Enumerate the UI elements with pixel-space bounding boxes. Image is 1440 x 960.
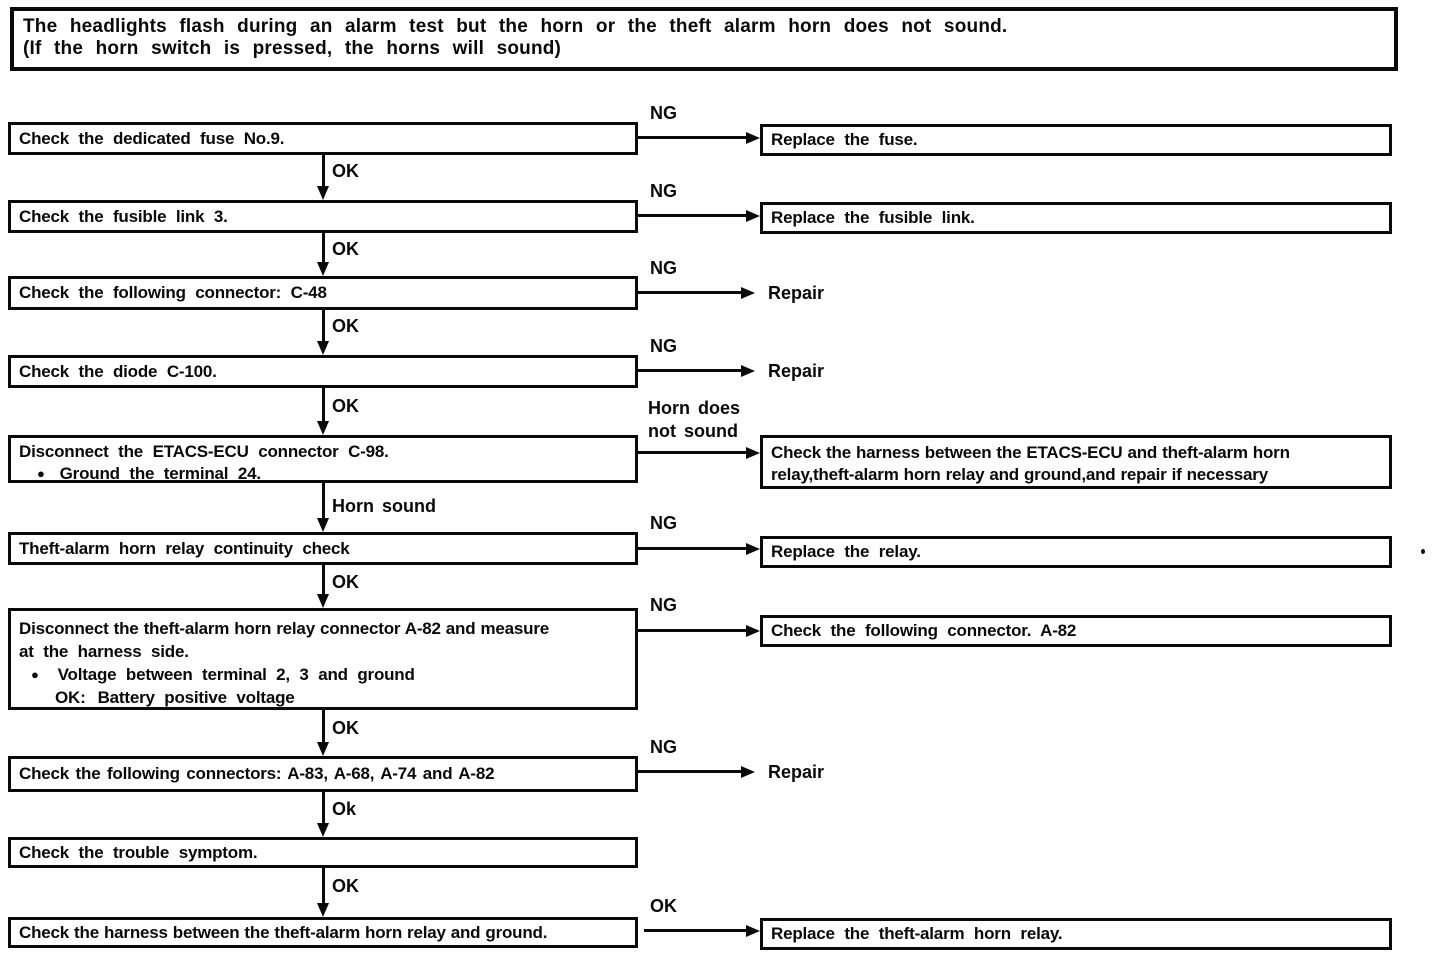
problem-line-2: (If the horn switch is pressed, the horn… [23, 38, 1385, 60]
down-arrow-icon [317, 421, 329, 435]
branch-line [638, 136, 748, 139]
problem-line-1: The headlights flash during an alarm tes… [23, 16, 1385, 38]
ng-label: NG [650, 258, 677, 279]
flow-line [322, 387, 325, 422]
branch-line [638, 547, 748, 550]
result-text-line1: Check the harness between the ETACS-ECU … [771, 442, 1381, 464]
step-box-check-connector-c48: Check the following connector: C-48 [8, 276, 638, 310]
result-text: Replace the fusible link. [771, 208, 975, 228]
branch-line [638, 369, 742, 372]
step-text: Theft-alarm horn relay continuity check [19, 539, 350, 559]
down-arrow-icon [317, 518, 329, 532]
ok-label: OK [332, 239, 359, 260]
bullet-text: Ground the terminal 24. [60, 464, 261, 483]
ok-value: Battery positive voltage [98, 688, 295, 707]
step-box-check-fusible-link: Check the fusible link 3. [8, 200, 638, 233]
down-arrow-icon [317, 186, 329, 200]
right-arrow-icon [741, 287, 755, 299]
ok-branch-label: OK [650, 896, 677, 917]
step-text-line1: Disconnect the theft-alarm horn relay co… [19, 617, 627, 640]
step-box-relay-continuity: Theft-alarm horn relay continuity check [8, 532, 638, 565]
result-text: Replace the fuse. [771, 130, 917, 150]
bullet-icon: ● [31, 663, 39, 686]
step-text: Check the diode C-100. [19, 362, 217, 382]
troubleshooting-flowchart: The headlights flash during an alarm tes… [0, 0, 1440, 960]
branch-line [644, 929, 748, 932]
result-text: Replace the theft-alarm horn relay. [771, 924, 1062, 944]
branch-line [638, 214, 748, 217]
right-arrow-icon [741, 365, 755, 377]
step-text: Disconnect the ETACS-ECU connector C-98. [19, 441, 627, 463]
step-box-check-fuse: Check the dedicated fuse No.9. [8, 122, 638, 155]
step-box-check-harness-ground: Check the harness between the theft-alar… [8, 917, 638, 948]
right-arrow-icon [746, 447, 760, 459]
result-text: Check the following connector. A-82 [771, 621, 1076, 641]
step-text: Check the trouble symptom. [19, 843, 257, 863]
down-arrow-icon [317, 594, 329, 608]
right-arrow-icon [746, 543, 760, 555]
step-box-disconnect-etacs-ecu: Disconnect the ETACS-ECU connector C-98.… [8, 435, 638, 483]
right-arrow-icon [746, 210, 760, 222]
step-box-disconnect-horn-relay: Disconnect the theft-alarm horn relay co… [8, 608, 638, 710]
problem-statement-box: The headlights flash during an alarm tes… [10, 7, 1398, 71]
ok-label: Ok [332, 799, 356, 820]
result-text-line2: relay,theft-alarm horn relay and ground,… [771, 464, 1381, 486]
step-text: Check the harness between the theft-alar… [19, 923, 547, 943]
flow-line [322, 709, 325, 743]
step-text: Check the fusible link 3. [19, 207, 228, 227]
ng-label: NG [650, 513, 677, 534]
result-box-replace-fusible-link: Replace the fusible link. [760, 202, 1392, 234]
step-ok-line: OK:Battery positive voltage [19, 686, 627, 709]
step-box-check-diode: Check the diode C-100. [8, 355, 638, 388]
down-arrow-icon [317, 903, 329, 917]
branch-line [638, 770, 742, 773]
bullet-text: Voltage between terminal 2, 3 and ground [58, 665, 415, 684]
ok-label: OK [332, 396, 359, 417]
ok-label: OK [332, 718, 359, 739]
step-box-trouble-symptom: Check the trouble symptom. [8, 837, 638, 868]
flow-line [322, 154, 325, 188]
flow-line [322, 791, 325, 824]
branch-label-not-sound: not sound [648, 421, 738, 442]
result-box-check-connector-a82: Check the following connector. A-82 [760, 615, 1392, 647]
down-arrow-icon [317, 742, 329, 756]
down-arrow-icon [317, 823, 329, 837]
step-text: Check the following connector: C-48 [19, 283, 327, 303]
ok-label: OK [332, 572, 359, 593]
flow-line [322, 564, 325, 596]
horn-sound-label: Horn sound [332, 496, 436, 517]
result-text: Replace the relay. [771, 542, 921, 562]
right-arrow-icon [741, 766, 755, 778]
flow-line [322, 482, 325, 518]
ok-prefix: OK: [55, 688, 86, 707]
right-arrow-icon [746, 132, 760, 144]
right-arrow-icon [746, 625, 760, 637]
branch-line [638, 629, 748, 632]
flow-line [322, 309, 325, 342]
result-box-replace-horn-relay: Replace the theft-alarm horn relay. [760, 918, 1392, 950]
result-box-replace-relay: Replace the relay. [760, 536, 1392, 568]
flow-line [322, 867, 325, 903]
ok-label: OK [332, 161, 359, 182]
branch-line [638, 451, 748, 454]
down-arrow-icon [317, 341, 329, 355]
step-box-check-connectors: Check the following connectors: A-83, A-… [8, 756, 638, 792]
branch-label-horn-does: Horn does [648, 398, 740, 419]
down-arrow-icon [317, 262, 329, 276]
ng-label: NG [650, 737, 677, 758]
ng-label: NG [650, 103, 677, 124]
bullet-icon: ● [37, 463, 45, 485]
flow-line [322, 232, 325, 264]
ok-label: OK [332, 876, 359, 897]
repair-label: Repair [768, 762, 824, 783]
ng-label: NG [650, 336, 677, 357]
repair-label: Repair [768, 283, 824, 304]
ng-label: NG [650, 595, 677, 616]
step-text-line2: at the harness side. [19, 640, 627, 663]
step-bullet-line: ●Voltage between terminal 2, 3 and groun… [19, 663, 627, 686]
scan-speck [1421, 549, 1425, 554]
result-box-check-harness-etacs: Check the harness between the ETACS-ECU … [760, 435, 1392, 489]
repair-label: Repair [768, 361, 824, 382]
branch-line [638, 291, 742, 294]
step-text: Check the dedicated fuse No.9. [19, 129, 284, 149]
step-text: Check the following connectors: A-83, A-… [19, 764, 494, 784]
ok-label: OK [332, 316, 359, 337]
ng-label: NG [650, 181, 677, 202]
right-arrow-icon [746, 925, 760, 937]
result-box-replace-fuse: Replace the fuse. [760, 124, 1392, 156]
